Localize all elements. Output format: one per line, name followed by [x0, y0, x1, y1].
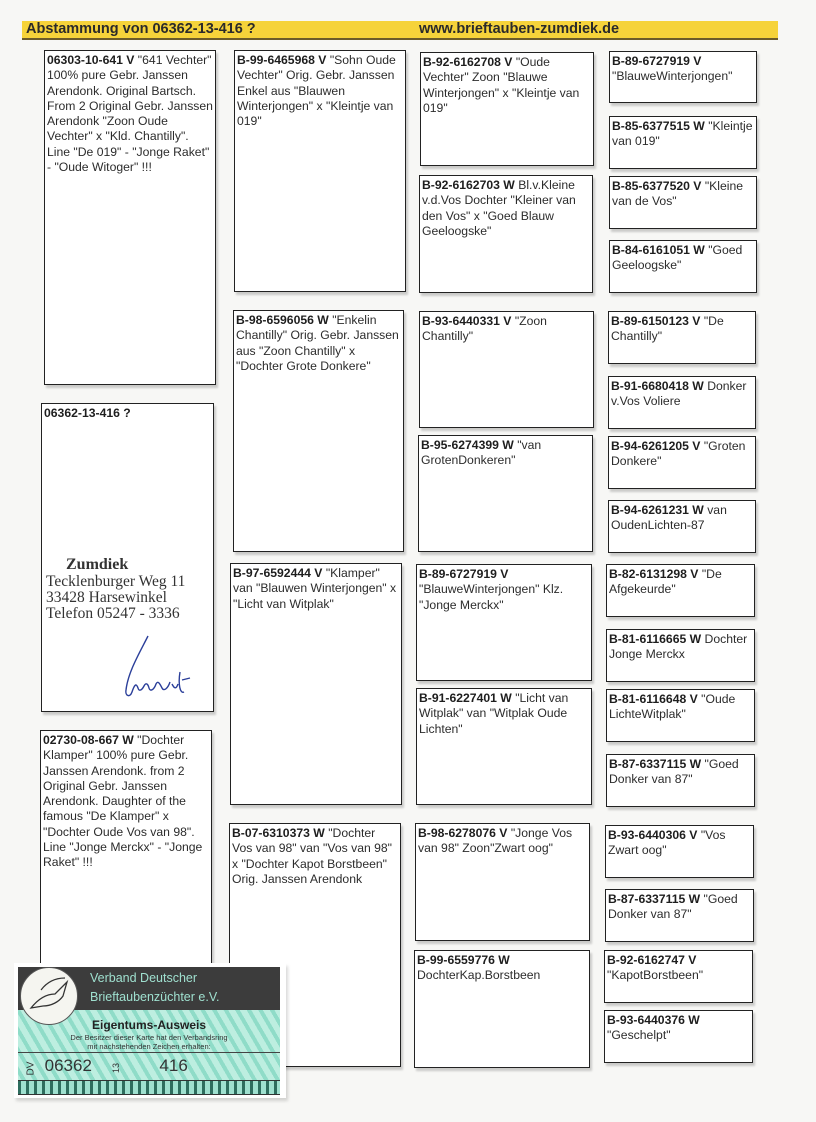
pedigree-box-gg-grandparent: B-91-6680418 W Donker v.Vos Voliere	[608, 376, 756, 429]
ring-number: B-89-6150123 V	[611, 314, 700, 328]
breeder-city: 33428 Harsewinkel	[46, 590, 185, 606]
ring-number: B-89-6727919 V	[419, 567, 508, 581]
pigeon-description: DochterKap.Borstbeen	[417, 968, 540, 982]
card-subtitle-line2: mit nachstehenden Zeichen erhalten:	[18, 1042, 280, 1051]
breeder-street: Tecklenburger Weg 11	[46, 574, 185, 590]
pigeon-description: "Dochter Klamper" 100% pure Gebr. Jansse…	[43, 733, 202, 869]
ring-number: 02730-08-667 W	[43, 733, 134, 747]
pigeon-description: "BlauweWinterjongen" Klz. "Jonge Merckx"	[419, 582, 563, 611]
ring-number: B-82-6131298 V	[609, 567, 698, 581]
pigeon-description: "KapotBorstbeen"	[607, 968, 703, 982]
ring-number: B-93-6440331 V	[422, 314, 511, 328]
pedigree-box-great-grandparent: B-92-6162703 W Bl.v.Kleine v.d.Vos Docht…	[419, 175, 593, 293]
pedigree-box-gg-grandparent: B-89-6150123 V "De Chantilly"	[608, 311, 756, 364]
org-name-line2: Brieftaubenzüchter e.V.	[90, 988, 220, 1007]
pedigree-box-grandparent: B-98-6596056 W "Enkelin Chantilly" Orig.…	[233, 310, 404, 552]
ring-number: B-87-6337115 W	[609, 757, 701, 771]
pedigree-box-great-grandparent: B-99-6559776 W DochterKap.Borstbeen	[414, 950, 590, 1068]
pedigree-box-great-grandparent: B-89-6727919 V "BlauweWinterjongen" Klz.…	[416, 564, 592, 681]
ring-number: B-87-6337115 W	[608, 892, 700, 906]
ring-year: 13	[111, 1063, 121, 1073]
pedigree-box-grandparent: B-97-6592444 V "Klamper" van "Blauwen Wi…	[230, 563, 402, 805]
ring-number: B-98-6278076 V	[418, 826, 507, 840]
ring-prefix: DV	[25, 1062, 36, 1076]
website-url[interactable]: www.brieftauben-zumdiek.de	[419, 21, 619, 38]
pedigree-box-great-grandparent: B-95-6274399 W "van GrotenDonkeren"	[418, 435, 593, 552]
pedigree-box-gg-grandparent: B-89-6727919 V "BlauweWinterjongen"	[609, 51, 757, 103]
pigeon-description: "BlauweWinterjongen"	[612, 69, 732, 83]
ring-number: B-84-6161051 W	[612, 243, 705, 257]
ring-number: B-98-6596056 W	[236, 313, 329, 327]
subject-ring-number: 06362-13-416 ?	[44, 406, 131, 420]
ring-number: B-93-6440376 W	[607, 1013, 700, 1027]
ownership-card: Verband Deutscher Brieftaubenzüchter e.V…	[14, 963, 286, 1098]
pedigree-box-gg-grandparent: B-93-6440376 W "Geschelpt"	[604, 1010, 753, 1063]
ring-number: B-89-6727919 V	[612, 54, 701, 68]
pedigree-box-grandparent: B-99-6465968 V "Sohn Oude Vechter" Orig.…	[234, 50, 406, 292]
pedigree-box-gg-grandparent: B-93-6440306 V "Vos Zwart oog"	[605, 825, 754, 878]
breeder-name: Zumdiek	[66, 556, 185, 574]
pedigree-box-gg-grandparent: B-92-6162747 V "KapotBorstbeen"	[604, 950, 753, 1003]
org-name-line1: Verband Deutscher	[90, 969, 220, 988]
pedigree-box-gg-grandparent: B-81-6116665 W Dochter Jonge Merckx	[606, 629, 755, 682]
header-bar: Abstammung von 06362-13-416 ? www.brieft…	[22, 21, 778, 40]
pedigree-box-great-grandparent: B-91-6227401 W "Licht van Witplak" van "…	[416, 688, 592, 805]
breeder-stamp: Zumdiek Tecklenburger Weg 11 33428 Harse…	[46, 556, 185, 622]
ring-number: 06303-10-641 V	[47, 53, 134, 67]
pedigree-box-great-grandparent: B-98-6278076 V "Jonge Vos van 98" Zoon"Z…	[415, 823, 590, 941]
pedigree-box-sire: 06303-10-641 V "641 Vechter" 100% pure G…	[44, 50, 216, 385]
pedigree-box-gg-grandparent: B-94-6261205 V "Groten Donkere"	[608, 436, 756, 489]
ring-club: 06362	[45, 1056, 92, 1075]
pedigree-box-gg-grandparent: B-84-6161051 W "Goed Geeloogske"	[609, 240, 757, 293]
pedigree-box-gg-grandparent: B-82-6131298 V "De Afgekeurde"	[606, 564, 755, 617]
card-pattern-band	[18, 1080, 280, 1095]
pigeon-description: "641 Vechter" 100% pure Gebr. Janssen Ar…	[47, 53, 213, 174]
divider	[18, 1052, 280, 1053]
ring-number: B-07-6310373 W	[232, 826, 325, 840]
card-subtitle-line1: Der Besitzer dieser Karte hat den Verban…	[18, 1033, 280, 1042]
card-organization: Verband Deutscher Brieftaubenzüchter e.V…	[90, 969, 220, 1007]
ring-number-display: DV 06362 13 416	[18, 1056, 280, 1076]
ring-number: B-92-6162708 V	[423, 55, 512, 69]
ring-number: B-91-6227401 W	[419, 691, 512, 705]
pedigree-box-subject: 06362-13-416 ? Zumdiek Tecklenburger Weg…	[41, 403, 214, 712]
page-title: Abstammung von 06362-13-416 ?	[26, 21, 256, 38]
pedigree-box-gg-grandparent: B-87-6337115 W "Goed Donker van 87"	[606, 754, 755, 807]
breeder-phone: Telefon 05247 - 3336	[46, 606, 185, 622]
ring-number: B-97-6592444 V	[233, 566, 322, 580]
ring-number: B-99-6559776 W	[417, 953, 510, 967]
ring-number: B-95-6274399 W	[421, 438, 514, 452]
ring-number: B-99-6465968 V	[237, 53, 326, 67]
ring-number: B-81-6116648 V	[609, 692, 698, 706]
pedigree-box-gg-grandparent: B-94-6261231 W van OudenLichten-87	[608, 500, 756, 553]
ring-number: B-85-6377515 W	[612, 119, 705, 133]
ring-number: B-92-6162747 V	[607, 953, 696, 967]
pedigree-box-great-grandparent: B-93-6440331 V "Zoon Chantilly"	[419, 311, 594, 428]
ring-serial: 416	[159, 1056, 187, 1075]
ring-number: B-94-6261205 V	[611, 439, 700, 453]
pedigree-box-great-grandparent: B-92-6162708 V "Oude Vechter" Zoon "Blau…	[420, 52, 594, 166]
ring-number: B-81-6116665 W	[609, 632, 701, 646]
pedigree-box-gg-grandparent: B-85-6377515 W "Kleintje van 019"	[609, 116, 757, 169]
signature-icon	[118, 632, 198, 704]
pedigree-box-gg-grandparent: B-85-6377520 V "Kleine van de Vos"	[609, 176, 757, 229]
ring-number: B-92-6162703 W	[422, 178, 515, 192]
pigeon-description: "Geschelpt"	[607, 1028, 671, 1042]
pigeon-logo-icon	[20, 967, 78, 1025]
pedigree-box-gg-grandparent: B-81-6116648 V "Oude LichteWitplak"	[606, 689, 755, 742]
ring-number: B-93-6440306 V	[608, 828, 697, 842]
ring-number: B-94-6261231 W	[611, 503, 704, 517]
pedigree-box-gg-grandparent: B-87-6337115 W "Goed Donker van 87"	[605, 889, 754, 942]
ring-number: B-85-6377520 V	[612, 179, 701, 193]
card-subtitle: Der Besitzer dieser Karte hat den Verban…	[18, 1033, 280, 1051]
ring-number: B-91-6680418 W	[611, 379, 704, 393]
